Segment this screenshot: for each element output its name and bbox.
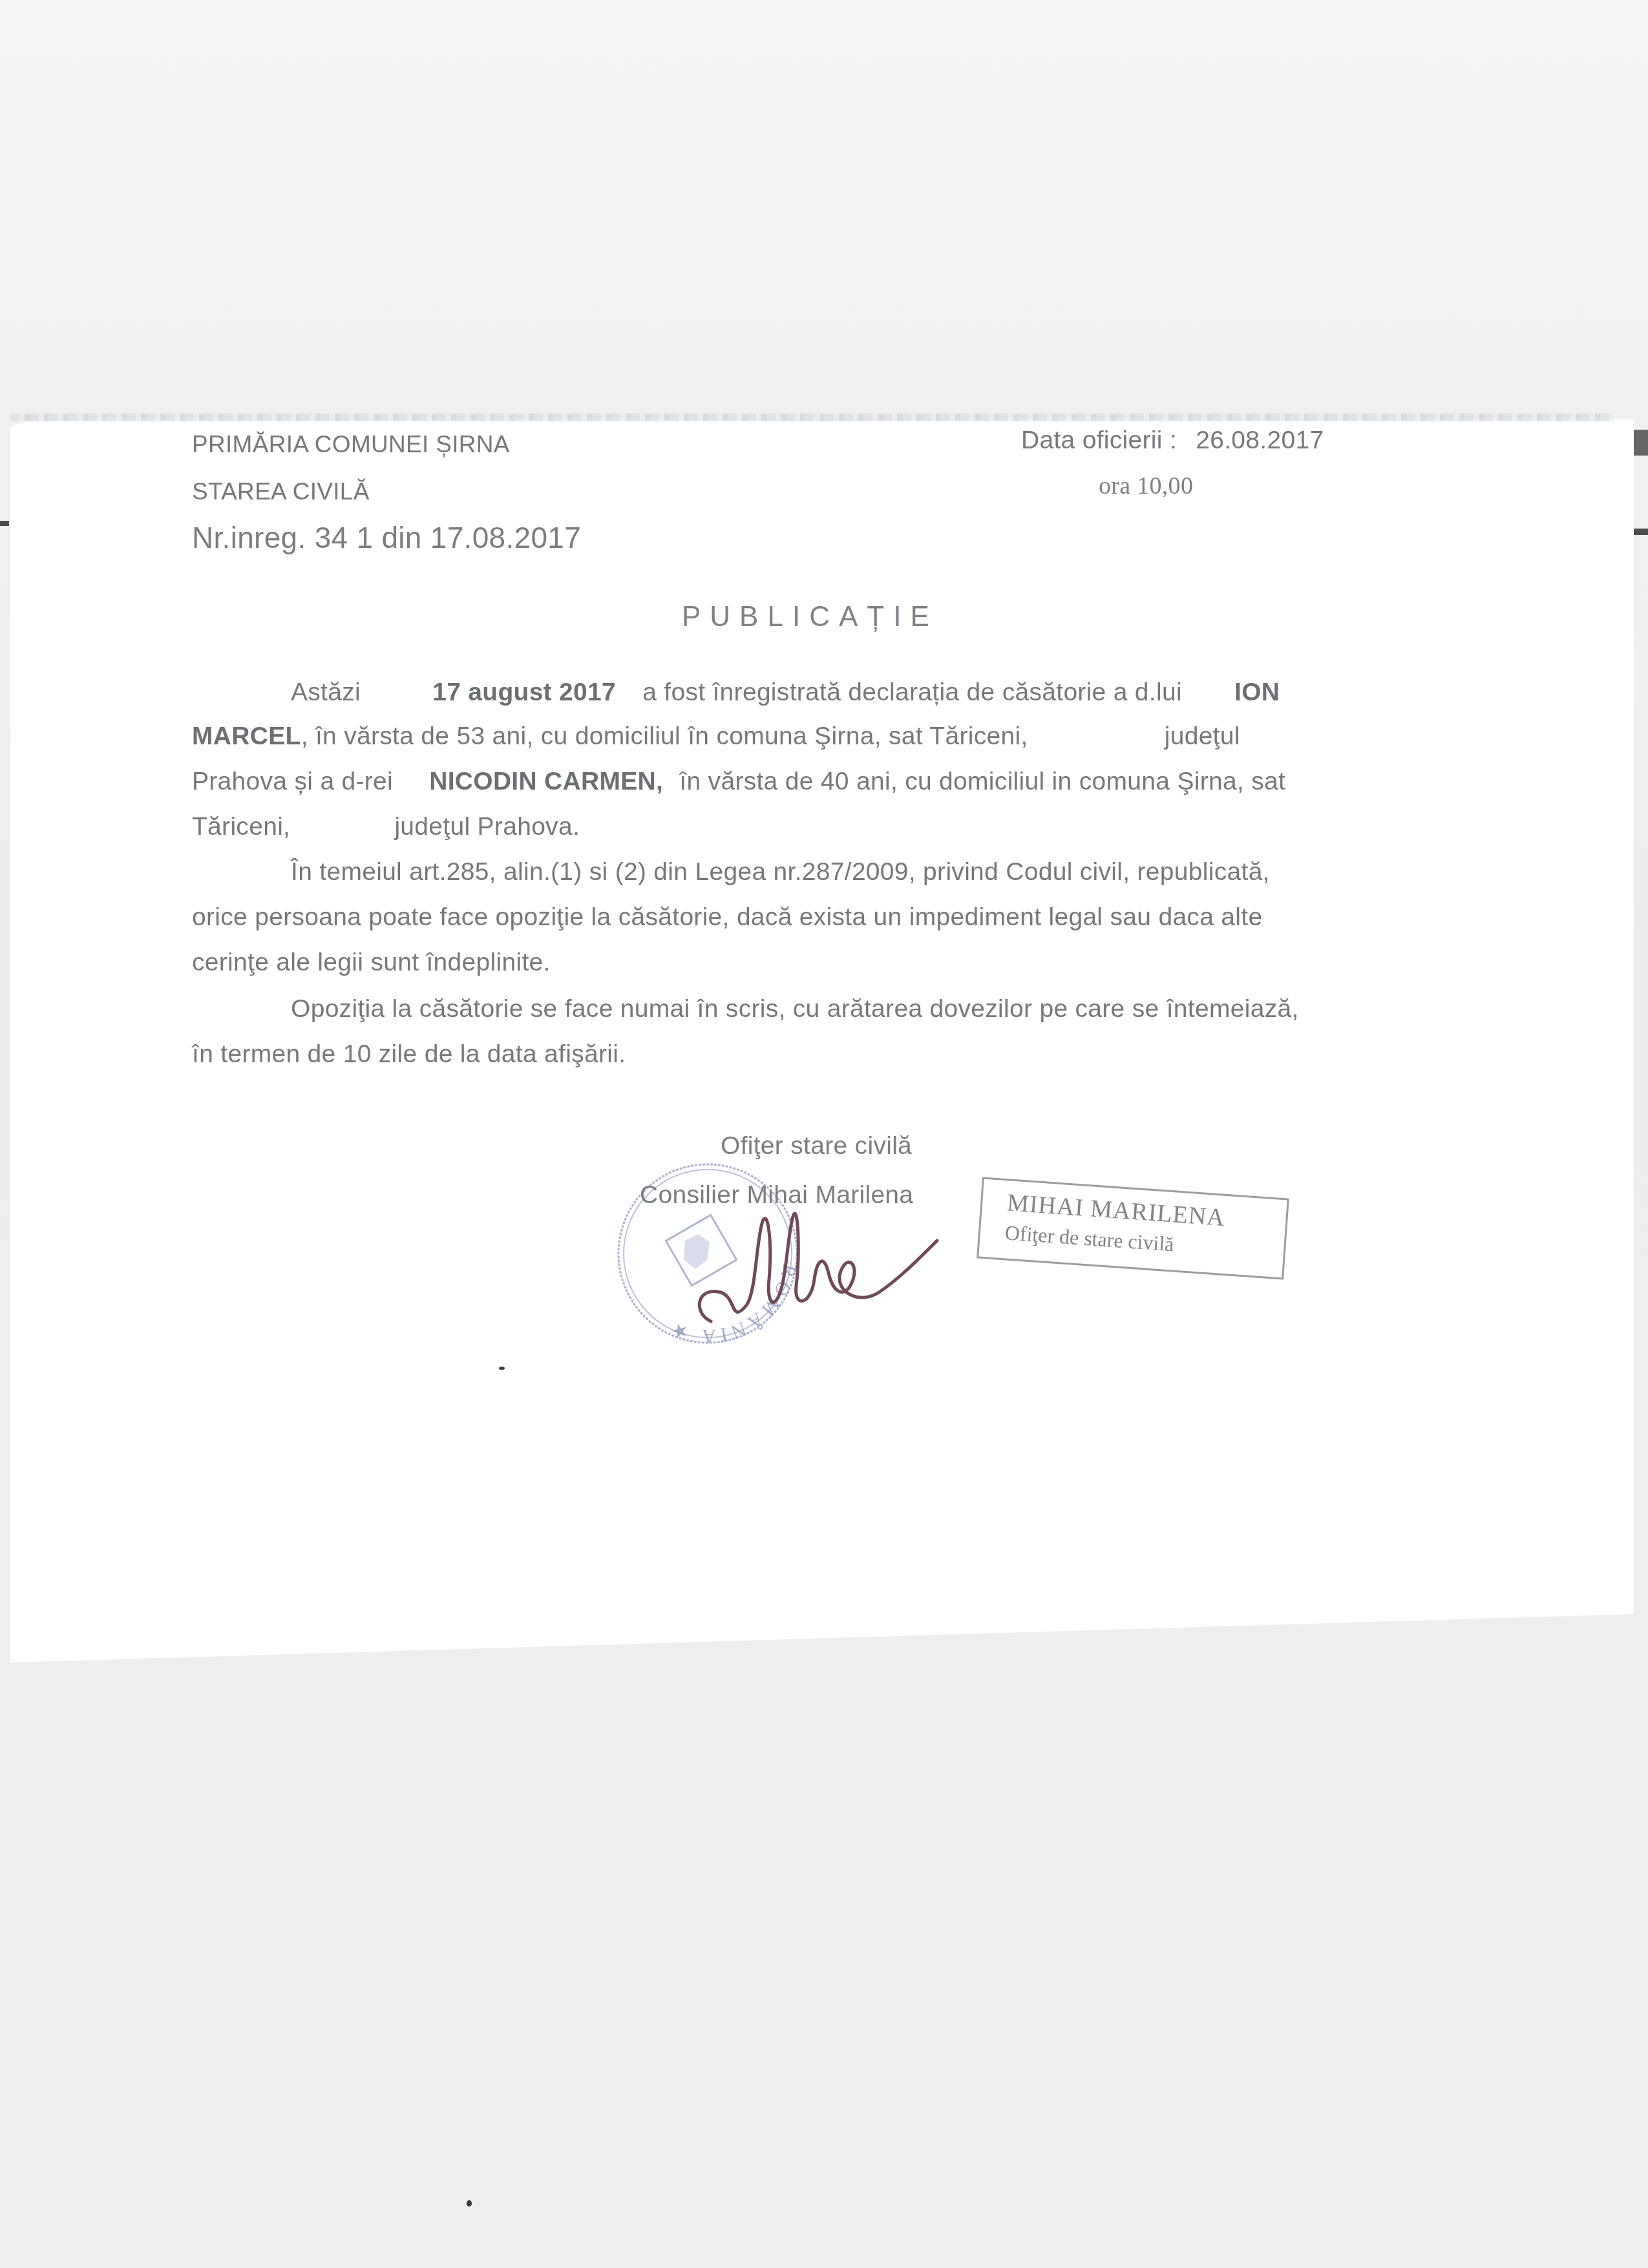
signatory-role: Ofiţer stare civilă: [721, 1132, 912, 1160]
ceremony-time: ora 10,00: [1099, 472, 1193, 500]
paragraph-1-line-3: Prahova și a d-rei NICODIN CARMEN, în vă…: [192, 768, 1285, 796]
paragraph-2-line-2: orice persoana poate face opoziţie la că…: [192, 903, 1262, 932]
text-segment: Astăzi: [291, 678, 361, 706]
text-segment: Prahova și a d-rei: [192, 768, 393, 795]
handwritten-signature: [685, 1202, 976, 1331]
registration-date: 17 august 2017: [432, 678, 616, 706]
text-segment: judeţul: [1165, 722, 1240, 750]
paragraph-1-line-4: Tăriceni, judeţul Prahova.: [192, 813, 580, 841]
ceremony-date-label: Data oficierii :: [1021, 426, 1177, 454]
registration-number: Nr.inreg. 34 1 din 17.08.2017: [192, 520, 581, 555]
document-title: PUBLICAȚIE: [682, 601, 938, 633]
bride-name: NICODIN CARMEN,: [429, 768, 663, 795]
paragraph-2-line-1: În temeiul art.285, alin.(1) si (2) din …: [291, 858, 1270, 887]
text-segment: Tăriceni,: [192, 813, 290, 841]
torn-paper-edge: [10, 414, 1613, 421]
paragraph-3-line-1: Opoziţia la căsătorie se face numai în s…: [291, 995, 1299, 1024]
scan-speck: [467, 2200, 472, 2207]
paragraph-1-line-1: Astăzi 17 august 2017 a fost înregistrat…: [291, 678, 1280, 707]
groom-last-name: MARCEL: [192, 722, 301, 750]
text-segment: , în vărsta de 53 ani, cu domiciliul în …: [301, 722, 1028, 750]
text-segment: judeţul Prahova.: [394, 813, 580, 841]
scan-edge-mark: [0, 521, 9, 526]
text-segment: a fost înregistrată declarația de căsăto…: [642, 678, 1182, 706]
groom-first-name: ION: [1234, 678, 1280, 706]
institution-name: PRIMĂRIA COMUNEI ȘIRNA: [192, 431, 510, 458]
paragraph-1-line-2: MARCEL, în vărsta de 53 ani, cu domicili…: [192, 722, 1240, 751]
text-segment: în vărsta de 40 ani, cu domiciliul in co…: [679, 768, 1285, 795]
ceremony-date: 26.08.2017: [1196, 426, 1324, 454]
paragraph-3-line-2: în termen de 10 zile de la data afişării…: [192, 1040, 626, 1069]
paragraph-2-line-3: cerinţe ale legii sunt îndeplinite.: [192, 949, 551, 977]
scan-speck: [499, 1367, 505, 1370]
ceremony-date-row: Data oficierii : 26.08.2017: [1021, 426, 1324, 455]
department-name: STAREA CIVILĂ: [192, 478, 370, 505]
